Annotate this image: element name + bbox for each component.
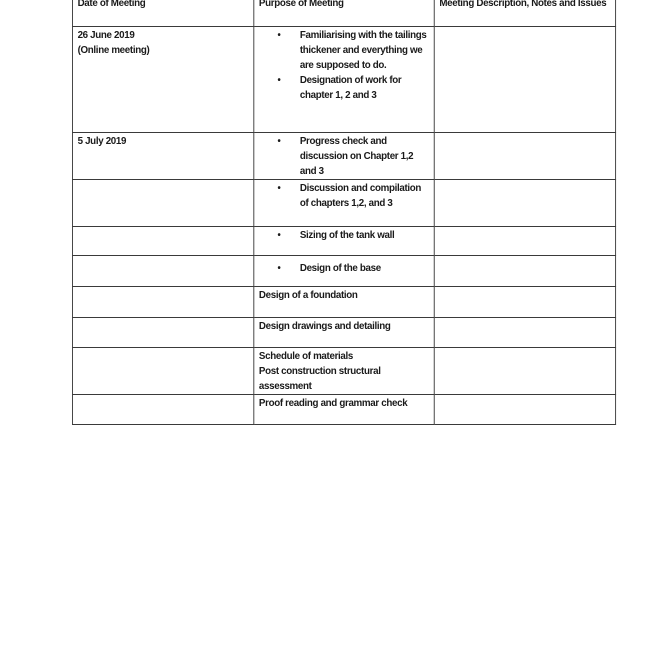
purpose-cell: Schedule of materials Post construction … <box>254 348 434 395</box>
date-cell <box>72 180 253 227</box>
purpose-bullet-list: •Discussion and compilation of chapters … <box>259 181 429 211</box>
notes-cell <box>434 180 615 227</box>
purpose-cell: Design drawings and detailing <box>254 318 434 348</box>
purpose-bullet-list: •Progress check and discussion on Chapte… <box>259 134 429 179</box>
table-row: •Discussion and compilation of chapters … <box>72 180 615 227</box>
date-cell <box>72 287 253 318</box>
purpose-cell: •Familiarising with the tailings thicken… <box>254 27 434 133</box>
purpose-bullet: •Design of the base <box>300 257 429 276</box>
date-cell <box>72 227 253 256</box>
notes-cell <box>434 318 615 348</box>
purpose-cell: Design of a foundation <box>254 287 434 318</box>
header-purpose: Purpose of Meeting <box>254 0 434 27</box>
purpose-cell: •Design of the base <box>254 256 434 287</box>
purpose-bullet: •Sizing of the tank wall <box>300 228 429 243</box>
date-cell <box>72 348 253 395</box>
purpose-text: Post construction structural assessment <box>259 364 429 394</box>
purpose-cell: •Progress check and discussion on Chapte… <box>254 133 434 180</box>
notes-cell <box>434 348 615 395</box>
purpose-cell: •Discussion and compilation of chapters … <box>254 180 434 227</box>
bullet-icon: • <box>278 134 281 149</box>
notes-cell <box>434 256 615 287</box>
purpose-bullet: •Designation of work for chapter 1, 2 an… <box>300 73 429 103</box>
header-notes: Meeting Description, Notes and Issues <box>434 0 615 27</box>
date-text: 26 June 2019 <box>78 28 249 43</box>
notes-cell <box>434 227 615 256</box>
purpose-cell: •Sizing of the tank wall <box>254 227 434 256</box>
table-row: Design drawings and detailing <box>72 318 615 348</box>
purpose-text: Design of a foundation <box>259 288 429 303</box>
date-cell <box>72 256 253 287</box>
header-date: Date of Meeting <box>72 0 253 27</box>
table-row: 5 July 2019 •Progress check and discussi… <box>72 133 615 180</box>
table-row: Schedule of materials Post construction … <box>72 348 615 395</box>
notes-cell <box>434 27 615 133</box>
table-row: 26 June 2019 (Online meeting) •Familiari… <box>72 27 615 133</box>
date-cell: 5 July 2019 <box>72 133 253 180</box>
purpose-text: Design drawings and detailing <box>259 319 429 334</box>
bullet-icon: • <box>278 261 281 276</box>
date-cell <box>72 318 253 348</box>
table-row: •Sizing of the tank wall <box>72 227 615 256</box>
date-text: 5 July 2019 <box>78 134 249 149</box>
purpose-bullet: •Progress check and discussion on Chapte… <box>300 134 429 179</box>
date-cell <box>72 395 253 425</box>
table-header-row: Date of Meeting Purpose of Meeting Meeti… <box>72 0 615 27</box>
meeting-log-table: Date of Meeting Purpose of Meeting Meeti… <box>72 0 616 425</box>
purpose-bullet: •Discussion and compilation of chapters … <box>300 181 429 211</box>
table-row: Design of a foundation <box>72 287 615 318</box>
date-note: (Online meeting) <box>78 43 249 58</box>
purpose-bullet-list: •Sizing of the tank wall <box>259 228 429 243</box>
table-row: •Design of the base <box>72 256 615 287</box>
purpose-bullet-list: •Familiarising with the tailings thicken… <box>259 28 429 103</box>
bullet-icon: • <box>278 28 281 43</box>
purpose-cell: Proof reading and grammar check <box>254 395 434 425</box>
purpose-text: Schedule of materials <box>259 349 429 364</box>
date-cell: 26 June 2019 (Online meeting) <box>72 27 253 133</box>
purpose-bullet-list: •Design of the base <box>259 257 429 276</box>
purpose-bullet: •Familiarising with the tailings thicken… <box>300 28 429 73</box>
notes-cell <box>434 287 615 318</box>
bullet-icon: • <box>278 73 281 88</box>
bullet-icon: • <box>278 228 281 243</box>
document-page: Date of Meeting Purpose of Meeting Meeti… <box>0 0 660 660</box>
notes-cell <box>434 133 615 180</box>
table-row: Proof reading and grammar check <box>72 395 615 425</box>
purpose-text: Proof reading and grammar check <box>259 396 429 411</box>
notes-cell <box>434 395 615 425</box>
bullet-icon: • <box>278 181 281 196</box>
